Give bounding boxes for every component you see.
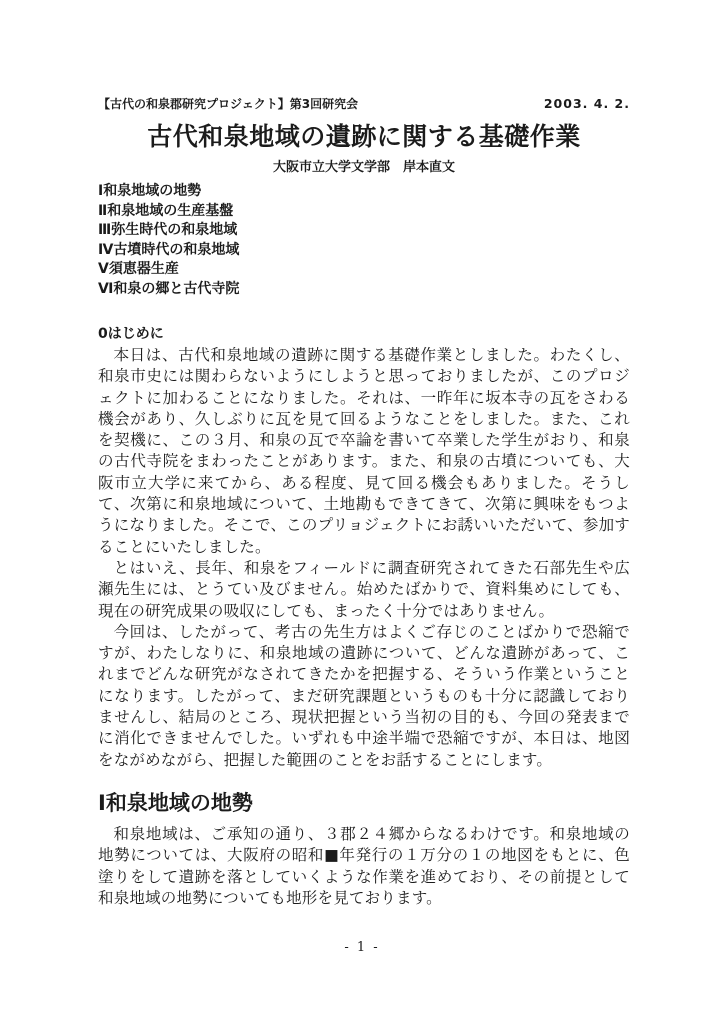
project-label: 【古代の和泉郡研究プロジェクト】第3回研究会 bbox=[98, 96, 358, 112]
toc-item-kofun: Ⅳ古墳時代の和泉地域 bbox=[98, 241, 630, 261]
page-number-footer: - 1 - bbox=[0, 940, 724, 955]
section-heading-izumi-terrain: Ⅰ和泉地域の地勢 bbox=[98, 789, 630, 817]
toc-item-production: Ⅱ和泉地域の生産基盤 bbox=[98, 202, 630, 222]
document-date: 2003. 4. 2. bbox=[544, 96, 630, 112]
toc-item-temples: Ⅵ和泉の郷と古代寺院 bbox=[98, 280, 630, 300]
section-terrain-body: 和泉地域は、ご承知の通り、３郡２４郷からなるわけです。和泉地域の地勢については、… bbox=[98, 824, 630, 909]
document-page: 【古代の和泉郡研究プロジェクト】第3回研究会 2003. 4. 2. 古代和泉地… bbox=[0, 0, 724, 1024]
toc-item-terrain: Ⅰ和泉地域の地勢 bbox=[98, 182, 630, 202]
paragraph: 本日は、古代和泉地域の遺跡に関する基礎作業としました。わたくし、和泉市史には関わ… bbox=[98, 345, 630, 558]
paragraph: 和泉地域は、ご承知の通り、３郡２４郷からなるわけです。和泉地域の地勢については、… bbox=[98, 824, 630, 909]
table-of-contents: Ⅰ和泉地域の地勢 Ⅱ和泉地域の生産基盤 Ⅲ弥生時代の和泉地域 Ⅳ古墳時代の和泉地… bbox=[98, 182, 630, 299]
paragraph: 今回は、したがって、考古の先生方はよくご存じのことばかりで恐縮ですが、わたしなり… bbox=[98, 622, 630, 771]
toc-item-yayoi: Ⅲ弥生時代の和泉地域 bbox=[98, 221, 630, 241]
section-heading-intro: 0はじめに bbox=[98, 325, 630, 343]
page-content: 【古代の和泉郡研究プロジェクト】第3回研究会 2003. 4. 2. 古代和泉地… bbox=[98, 96, 630, 909]
paragraph: とはいえ、長年、和泉をフィールドに調査研究されてきた石部先生や広瀬先生には、とう… bbox=[98, 558, 630, 622]
document-title: 古代和泉地域の遺跡に関する基礎作業 bbox=[98, 121, 630, 153]
section-intro-body: 本日は、古代和泉地域の遺跡に関する基礎作業としました。わたくし、和泉市史には関わ… bbox=[98, 345, 630, 771]
header-meta-row: 【古代の和泉郡研究プロジェクト】第3回研究会 2003. 4. 2. bbox=[98, 96, 630, 112]
toc-item-sueki: Ⅴ須恵器生産 bbox=[98, 260, 630, 280]
author-affiliation: 大阪市立大学文学部 岸本直文 bbox=[98, 159, 630, 176]
